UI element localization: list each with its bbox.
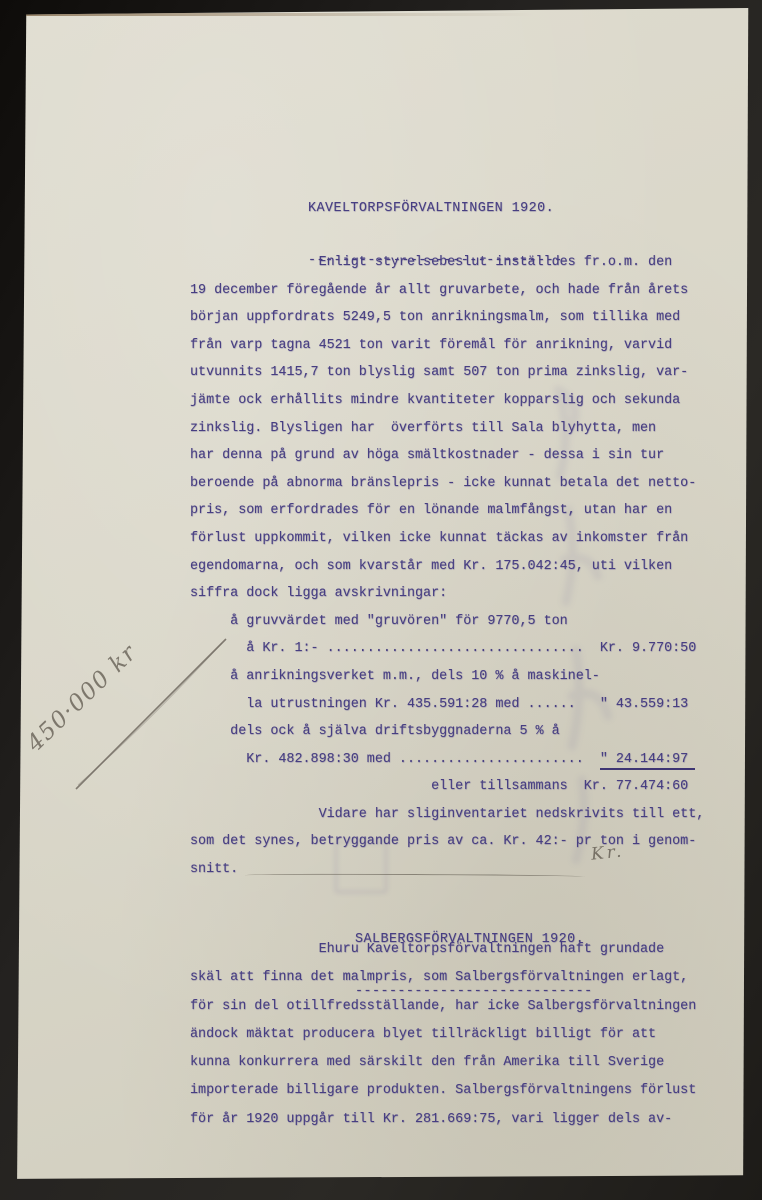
document-page: KAVELTORPSFÖRVALTNINGEN 1920. ----------… xyxy=(16,8,749,1180)
typed-line: Vidare har sliginventariet nedskrivits t… xyxy=(190,801,704,829)
typed-line: å Kr. 1:- ..............................… xyxy=(190,635,704,663)
typed-line: å anrikningsverket m.m., dels 10 % å mas… xyxy=(190,663,704,691)
typed-line: som det synes, betryggande pris av ca. K… xyxy=(190,828,704,856)
typed-line: ändock mäktat producera blyet tillräckli… xyxy=(190,1021,696,1049)
typed-line: har denna på grund av höga smältkostnade… xyxy=(190,442,704,470)
typed-line: å gruvvärdet med "gruvören" för 9770,5 t… xyxy=(190,608,704,636)
typed-line: för år 1920 uppgår till Kr. 281.669:75, … xyxy=(190,1106,696,1134)
handwritten-margin-note: 450·000 kr xyxy=(30,615,230,797)
typed-line: Ehuru Kaveltorpsförvaltningen haft grund… xyxy=(190,936,696,964)
typed-line: eller tillsammans Kr. 77.474:60 xyxy=(190,773,704,801)
typed-line: skäl att finna det malmpris, som Salberg… xyxy=(190,964,696,992)
typed-line: beroende på abnorma bränslepris - icke k… xyxy=(190,470,704,498)
scan-backdrop: { "document": { "ink_color": "#473e82", … xyxy=(0,0,762,1200)
typed-line: utvunnits 1415,7 ton blyslig samt 507 to… xyxy=(190,359,704,387)
typed-line: la utrustningen Kr. 435.591:28 med .....… xyxy=(190,691,704,719)
typed-line: zinkslig. Blysligen har överförts till S… xyxy=(190,415,704,443)
typed-line: snitt. xyxy=(190,856,704,884)
typed-paragraphs-kaveltorp: Enligt styrelsebeslut inställdes fr.o.m.… xyxy=(190,249,704,884)
typed-line: jämte ock erhållits mindre kvantiteter k… xyxy=(190,387,704,415)
typed-line: 19 december föregående år allt gruvarbet… xyxy=(190,277,704,305)
typed-line: pris, som erfordrades för en lönande mal… xyxy=(190,497,704,525)
typed-paragraphs-salberg: Ehuru Kaveltorpsförvaltningen haft grund… xyxy=(190,936,696,1134)
typed-line: från varp tagna 4521 ton varit föremål f… xyxy=(190,332,704,360)
section-title: KAVELTORPSFÖRVALTNINGEN 1920. xyxy=(308,200,563,217)
typed-line: början uppfordrats 5249,5 ton anriknings… xyxy=(190,304,704,332)
underlined-amount: " 24.144:97 xyxy=(600,752,695,770)
typed-line: importerade billigare produkten. Salberg… xyxy=(190,1077,696,1105)
typed-line: förlust uppkommit, vilken icke kunnat tä… xyxy=(190,525,704,553)
typed-line: kunna konkurrera med särskilt den från A… xyxy=(190,1049,696,1077)
typed-line: Kr. 482.898:30 med .....................… xyxy=(190,746,704,774)
typed-line-prefix: Kr. 482.898:30 med .....................… xyxy=(190,752,600,767)
typed-line: egendomarna, och som kvarstår med Kr. 17… xyxy=(190,553,704,581)
typed-line: siffra dock ligga avskrivningar: xyxy=(190,580,704,608)
typed-line: Enligt styrelsebeslut inställdes fr.o.m.… xyxy=(190,249,704,277)
typed-line: dels ock å själva driftsbyggnaderna 5 % … xyxy=(190,718,704,746)
handwritten-kr-note: Kr. xyxy=(590,841,625,864)
typed-line: för sin del otillfredsställande, har ick… xyxy=(190,993,696,1021)
